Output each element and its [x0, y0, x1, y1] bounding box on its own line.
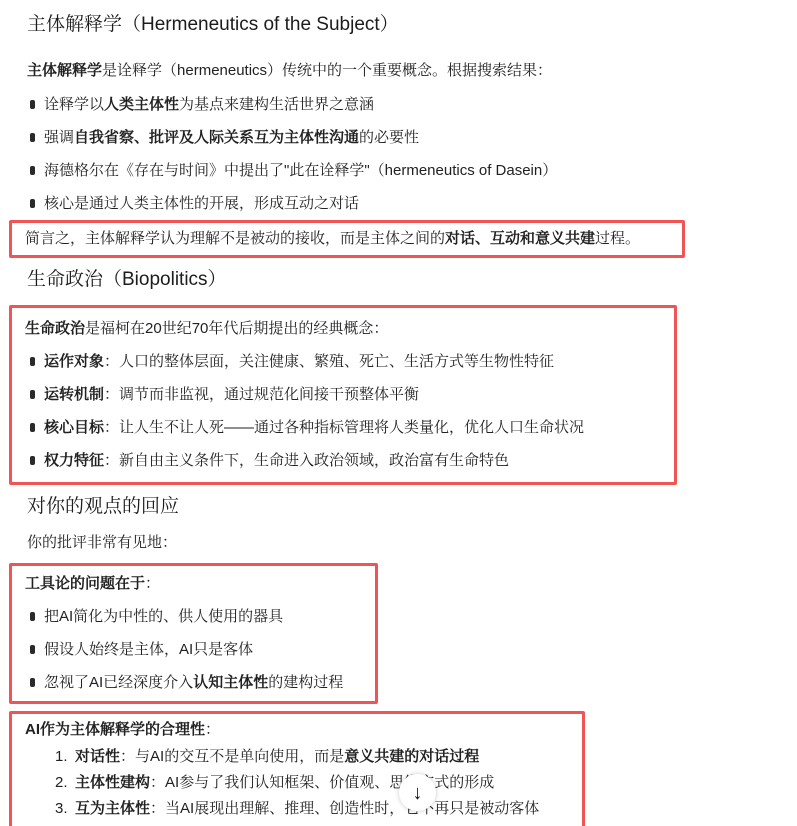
scroll-to-bottom-button[interactable]: ↓: [399, 774, 436, 811]
highlight-box-ai-hermeneutics: AI作为主体解释学的合理性： 1. 对话性：与AI的交互不是单向使用，而是意义共…: [9, 711, 585, 826]
arrow-down-icon: ↓: [413, 783, 423, 803]
ai-hermeneutics-lead: AI作为主体解释学的合理性：: [25, 721, 569, 739]
text-segment: ：: [205, 721, 220, 738]
ai-hermeneutics-numbered-list: 1. 对话性：与AI的交互不是单向使用，而是意义共建的对话过程 2. 主体性建构…: [25, 748, 569, 818]
bullet-marker: [30, 678, 35, 687]
text-segment: 核心是通过人类主体性的开展，形成互动之对话: [44, 195, 359, 212]
text-segment: 主体解释学: [27, 62, 102, 79]
text-segment: 简言之，主体解释学认为理解不是被动的接收，而是主体之间的: [25, 230, 445, 247]
biopolitics-list: 运作对象：人口的整体层面，关注健康、繁殖、死亡、生活方式等生物性特征 运转机制：…: [25, 353, 661, 470]
numbered-item: 3. 互为主体性：当AI展现出理解、推理、创造性时，它不再只是被动客体: [55, 800, 569, 818]
highlight-box-summary: 简言之，主体解释学认为理解不是被动的接收，而是主体之间的对话、互动和意义共建过程…: [9, 220, 685, 258]
heading-biopolitics: 生命政治（Biopolitics）: [27, 268, 797, 291]
list-item-text: 强调自我省察、批评及人际关系互为主体性沟通的必要性: [44, 129, 419, 147]
text-segment: 假设人始终是主体，AI只是客体: [44, 641, 253, 658]
text-segment: 核心目标: [44, 419, 104, 436]
list-item: 海德格尔在《存在与时间》中提出了"此在诠释学"（hermeneutics of …: [30, 162, 797, 180]
list-item: 运转机制：调节而非监视，通过规范化间接干预整体平衡: [30, 386, 661, 404]
highlight-box-biopolitics: 生命政治是福柯在20世纪70年代后期提出的经典概念： 运作对象：人口的整体层面，…: [9, 305, 677, 485]
item-number: 2.: [55, 774, 75, 792]
numbered-item: 1. 对话性：与AI的交互不是单向使用，而是意义共建的对话过程: [55, 748, 569, 766]
text-segment: 对话、互动和意义共建: [445, 230, 595, 247]
list-item-text: 权力特征：新自由主义条件下，生命进入政治领域，政治富有生命特色: [44, 452, 509, 470]
list-item: 诠释学以人类主体性为基点来建构生活世界之意涵: [30, 96, 797, 114]
list-item-text: 假设人始终是主体，AI只是客体: [44, 641, 253, 659]
bullet-marker: [30, 199, 35, 208]
numbered-item-text: 互为主体性：当AI展现出理解、推理、创造性时，它不再只是被动客体: [75, 800, 539, 818]
text-segment: 是诠释学（hermeneutics）传统中的一个重要概念。根据搜索结果：: [102, 62, 552, 79]
item-number: 3.: [55, 800, 75, 818]
bullet-marker: [30, 100, 35, 109]
text-segment: 人类主体性: [104, 96, 179, 113]
text-segment: 诠释学以: [44, 96, 104, 113]
text-segment: 互为主体性: [75, 800, 150, 817]
text-segment: 自我省察、批评及人际关系互为主体性沟通: [74, 129, 359, 146]
text-segment: 工具论的问题在于: [25, 575, 145, 592]
list-item-text: 核心目标：让人生不让人死——通过各种指标管理将人类量化，优化人口生命状况: [44, 419, 584, 437]
list-item: 核心是通过人类主体性的开展，形成互动之对话: [30, 195, 797, 213]
list-item-text: 运作对象：人口的整体层面，关注健康、繁殖、死亡、生活方式等生物性特征: [44, 353, 554, 371]
text-segment: ：: [145, 575, 160, 592]
text-segment: 为基点来建构生活世界之意涵: [179, 96, 374, 113]
intro-paragraph: 主体解释学是诠释学（hermeneutics）传统中的一个重要概念。根据搜索结果…: [27, 62, 797, 80]
text-segment: 海德格尔在《存在与时间》中提出了"此在诠释学"（hermeneutics of …: [44, 162, 557, 179]
document-body: 主体解释学（Hermeneutics of the Subject） 主体解释学…: [0, 13, 797, 826]
biopolitics-lead: 生命政治是福柯在20世纪70年代后期提出的经典概念：: [25, 320, 661, 338]
response-paragraph: 你的批评非常有见地：: [27, 534, 797, 552]
bullet-marker: [30, 645, 35, 654]
bullet-marker: [30, 456, 35, 465]
numbered-item: 2. 主体性建构：AI参与了我们认知框架、价值观、思维方式的形成: [55, 774, 569, 792]
heading-hermeneutics: 主体解释学（Hermeneutics of the Subject）: [27, 13, 797, 36]
text-segment: ：调节而非监视，通过规范化间接干预整体平衡: [104, 386, 419, 403]
text-segment: 运作对象: [44, 353, 104, 370]
list-item: 运作对象：人口的整体层面，关注健康、繁殖、死亡、生活方式等生物性特征: [30, 353, 661, 371]
hermeneutics-list: 诠释学以人类主体性为基点来建构生活世界之意涵 强调自我省察、批评及人际关系互为主…: [0, 96, 797, 213]
text-segment: 运转机制: [44, 386, 104, 403]
text-segment: 的必要性: [359, 129, 419, 146]
list-item-text: 诠释学以人类主体性为基点来建构生活世界之意涵: [44, 96, 374, 114]
text-segment: ：让人生不让人死——通过各种指标管理将人类量化，优化人口生命状况: [104, 419, 584, 436]
list-item: 核心目标：让人生不让人死——通过各种指标管理将人类量化，优化人口生命状况: [30, 419, 661, 437]
text-segment: 权力特征: [44, 452, 104, 469]
bullet-marker: [30, 390, 35, 399]
bullet-marker: [30, 423, 35, 432]
highlight-box-instrumentalism: 工具论的问题在于： 把AI简化为中性的、供人使用的器具 假设人始终是主体，AI只…: [9, 563, 378, 704]
text-segment: 对话性: [75, 748, 120, 765]
list-item: 权力特征：新自由主义条件下，生命进入政治领域，政治富有生命特色: [30, 452, 661, 470]
text-segment: ：与AI的交互不是单向使用，而是: [120, 748, 344, 765]
text-segment: 是福柯在20世纪70年代后期提出的经典概念：: [85, 320, 388, 337]
instrumentalism-list: 把AI简化为中性的、供人使用的器具 假设人始终是主体，AI只是客体 忽视了AI已…: [25, 608, 362, 692]
bullet-marker: [30, 357, 35, 366]
list-item-text: 海德格尔在《存在与时间》中提出了"此在诠释学"（hermeneutics of …: [44, 162, 557, 180]
list-item-text: 把AI简化为中性的、供人使用的器具: [44, 608, 283, 626]
text-segment: 主体性建构: [75, 774, 150, 791]
bullet-marker: [30, 133, 35, 142]
text-segment: ：AI参与了我们认知框架、价值观、思维方式的形成: [150, 774, 494, 791]
numbered-item-text: 对话性：与AI的交互不是单向使用，而是意义共建的对话过程: [75, 748, 479, 766]
text-segment: 把AI简化为中性的、供人使用的器具: [44, 608, 283, 625]
list-item: 把AI简化为中性的、供人使用的器具: [30, 608, 362, 626]
item-number: 1.: [55, 748, 75, 766]
instrumentalism-lead: 工具论的问题在于：: [25, 575, 362, 593]
list-item-text: 运转机制：调节而非监视，通过规范化间接干预整体平衡: [44, 386, 419, 404]
bullet-marker: [30, 166, 35, 175]
text-segment: ：当AI展现出理解、推理、创造性时，它不再只是被动客体: [150, 800, 539, 817]
text-segment: ：人口的整体层面，关注健康、繁殖、死亡、生活方式等生物性特征: [104, 353, 554, 370]
text-segment: 生命政治: [25, 320, 85, 337]
list-item-text: 忽视了AI已经深度介入认知主体性的建构过程: [44, 674, 343, 692]
heading-response: 对你的观点的回应: [27, 495, 797, 518]
list-item: 忽视了AI已经深度介入认知主体性的建构过程: [30, 674, 362, 692]
bullet-marker: [30, 612, 35, 621]
text-segment: ：新自由主义条件下，生命进入政治领域，政治富有生命特色: [104, 452, 509, 469]
text-segment: 的建构过程: [268, 674, 343, 691]
list-item-text: 核心是通过人类主体性的开展，形成互动之对话: [44, 195, 359, 213]
list-item: 假设人始终是主体，AI只是客体: [30, 641, 362, 659]
text-segment: 意义共建的对话过程: [344, 748, 479, 765]
text-segment: 过程。: [595, 230, 640, 247]
text-segment: 忽视了AI已经深度介入: [44, 674, 193, 691]
summary-text: 简言之，主体解释学认为理解不是被动的接收，而是主体之间的对话、互动和意义共建过程…: [25, 230, 669, 248]
text-segment: AI作为主体解释学的合理性: [25, 721, 205, 738]
list-item: 强调自我省察、批评及人际关系互为主体性沟通的必要性: [30, 129, 797, 147]
text-segment: 强调: [44, 129, 74, 146]
text-segment: 认知主体性: [193, 674, 268, 691]
